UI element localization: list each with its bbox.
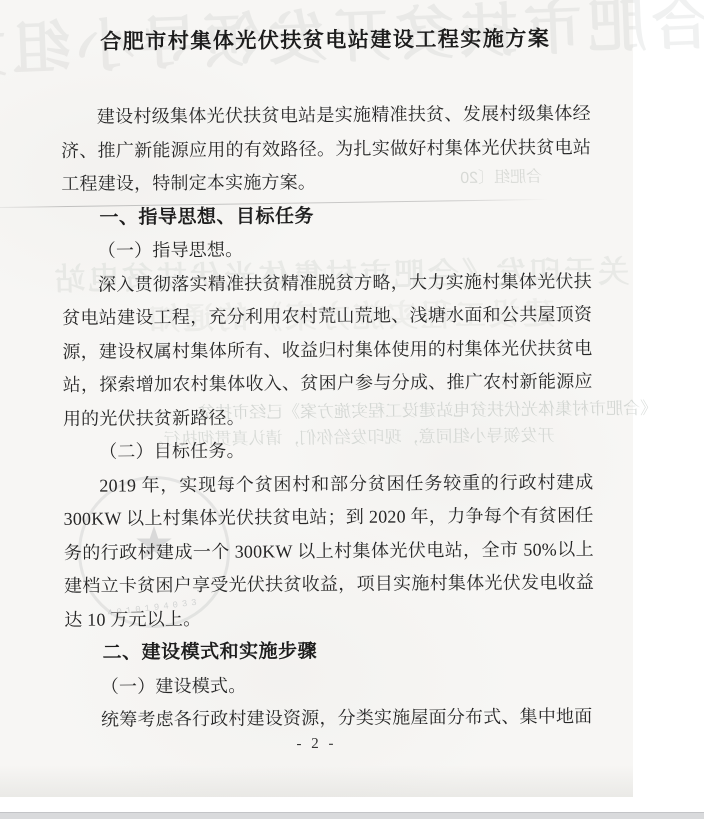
document-content: 合肥市村集体光伏扶贫电站建设工程实施方案 建设村级集体光伏扶贫电站是实施精准扶贫… <box>60 0 595 737</box>
subsection-1-2: （二）目标任务。 <box>63 432 593 469</box>
subsection-2-1: （一）建设模式。 <box>65 667 595 704</box>
paragraph-intro: 建设村级集体光伏扶贫电站是实施精准扶贫、发展村级集体经济、推广新能源应用的有效路… <box>61 97 592 201</box>
paragraph-target-tasks: 2019 年，实现每个贫困村和部分贫困任务较重的行政村建成 300KW 以上村集… <box>63 466 594 637</box>
paragraph-guiding-ideology: 深入贯彻落实精准扶贫精准脱贫方略，大力实施村集体光伏扶贫电站建设工程，充分利用农… <box>62 265 593 436</box>
paper-sheet: 合肥市扶贫开发领导小组文件 合肥组〔20 关于印发《合肥市村集体光伏扶贫电站 建… <box>0 0 633 797</box>
document-title: 合肥市村集体光伏扶贫电站建设工程实施方案 <box>60 24 590 58</box>
subsection-1-1: （一）指导思想。 <box>62 231 592 268</box>
scanned-page: 合肥市扶贫开发领导小组文件 合肥组〔20 关于印发《合肥市村集体光伏扶贫电站 建… <box>0 0 704 819</box>
paragraph-construction-mode: 统筹考虑各行政村建设资源，分类实施屋面分布式、集中地面 <box>65 700 595 737</box>
scanner-edge-band <box>0 812 704 819</box>
section-heading-2: 二、建设模式和实施步骤 <box>64 633 594 670</box>
page-number: - 2 - <box>0 734 633 755</box>
section-heading-1: 一、指导思想、目标任务 <box>61 198 591 235</box>
